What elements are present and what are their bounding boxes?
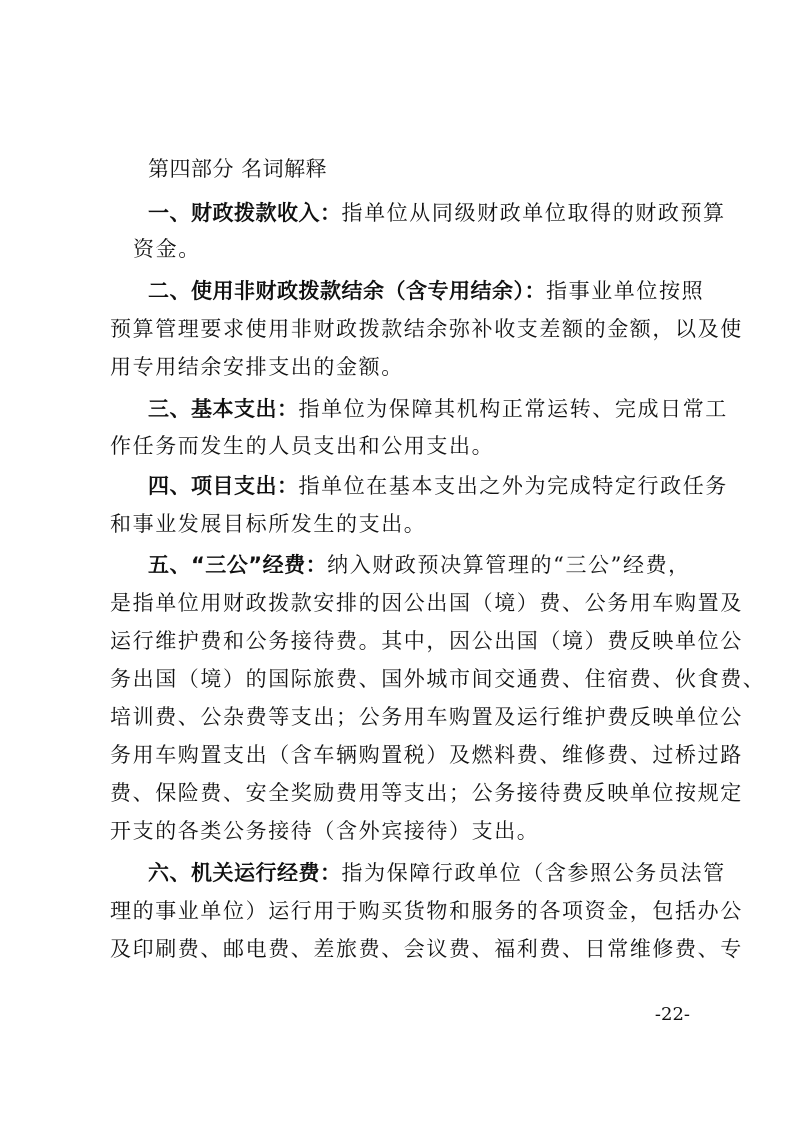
paragraph-5-line-5: 培训费、公杂费等支出；公务用车购置及运行维护费反映单位公: [110, 704, 690, 730]
term-label: 五、“三公”经费：: [148, 553, 327, 577]
paragraph-6-line-2: 理的事业单位）运行用于购买货物和服务的各项资金，包括办公: [110, 898, 690, 924]
paragraph-4-line-1: 四、项目支出：指单位在基本支出之外为完成特定行政任务: [148, 473, 690, 499]
definition-text: 指单位为保障其机构正常运转、完成日常工: [299, 397, 728, 421]
term-label: 三、基本支出：: [148, 397, 299, 421]
definition-text: 指单位从同级财政单位取得的财政预算: [342, 201, 726, 225]
definition-text: 指单位在基本支出之外为完成特定行政任务: [299, 474, 728, 498]
paragraph-1-line-1: 一、财政拨款收入：指单位从同级财政单位取得的财政预算: [148, 200, 690, 226]
paragraph-5-line-3: 运行维护费和公务接待费。其中，因公出国（境）费反映单位公: [110, 628, 690, 654]
paragraph-5-line-4: 务出国（境）的国际旅费、国外城市间交通费、住宿费、伙食费、: [110, 666, 690, 692]
term-label: 六、机关运行经费：: [148, 861, 342, 885]
page-number: -22-: [655, 1004, 690, 1025]
definition-text: 指事业单位按照: [546, 279, 704, 303]
paragraph-6-line-3: 及印刷费、邮电费、差旅费、会议费、福利费、日常维修费、专: [110, 936, 690, 962]
section-heading: 第四部分 名词解释: [148, 156, 728, 182]
definition-text: 指为保障行政单位（含参照公务员法管: [342, 861, 726, 885]
paragraph-2-line-2: 预算管理要求使用非财政拨款结余弥补收支差额的金额，以及使: [110, 316, 690, 342]
paragraph-2-line-3: 用专用结余安排支出的金额。: [110, 354, 690, 380]
document-page: 第四部分 名词解释 一、财政拨款收入：指单位从同级财政单位取得的财政预算 资金。…: [0, 0, 793, 1122]
paragraph-5-line-6: 务用车购置支出（含车辆购置税）及燃料费、维修费、过桥过路: [110, 742, 690, 768]
paragraph-5-line-2: 是指单位用财政拨款安排的因公出国（境）费、公务用车购置及: [110, 590, 690, 616]
paragraph-3-line-1: 三、基本支出：指单位为保障其机构正常运转、完成日常工: [148, 396, 690, 422]
paragraph-5-line-8: 开支的各类公务接待（含外宾接待）支出。: [110, 818, 690, 844]
term-label: 四、项目支出：: [148, 474, 299, 498]
paragraph-5-line-7: 费、保险费、安全奖励费用等支出；公务接待费反映单位按规定: [110, 780, 690, 806]
paragraph-2-line-1: 二、使用非财政拨款结余（含专用结余）：指事业单位按照: [148, 278, 690, 304]
paragraph-6-line-1: 六、机关运行经费：指为保障行政单位（含参照公务员法管: [148, 860, 690, 886]
paragraph-5-line-1: 五、“三公”经费：纳入财政预决算管理的“三公”经费，: [148, 552, 690, 578]
definition-text: 纳入财政预决算管理的“三公”经费，: [327, 553, 691, 577]
paragraph-3-line-2: 作任务而发生的人员支出和公用支出。: [110, 433, 690, 459]
term-label: 一、财政拨款收入：: [148, 201, 342, 225]
term-label: 二、使用非财政拨款结余（含专用结余）：: [148, 279, 546, 303]
paragraph-4-line-2: 和事业发展目标所发生的支出。: [110, 511, 690, 537]
paragraph-1-line-2: 资金。: [133, 236, 713, 262]
